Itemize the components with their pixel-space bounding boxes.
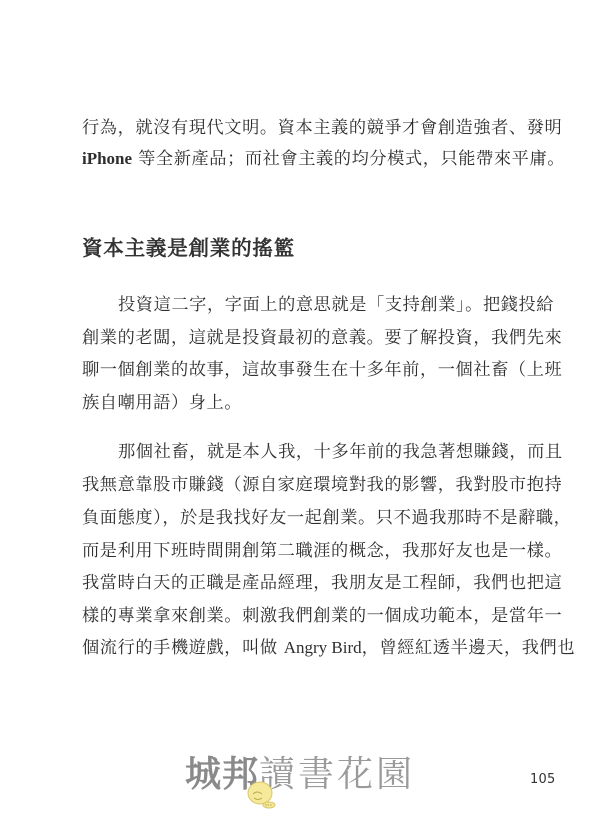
game-name-angry-bird: Angry Bird — [284, 638, 362, 657]
page-number: 105 — [530, 772, 555, 787]
paragraph-2-line-1: 投資這二字，字面上的意思就是「支持創業」。把錢投給 — [118, 294, 558, 316]
text-run: 個流行的手機遊戲，叫做 — [82, 638, 284, 658]
paragraph-2-line-2: 創業的老闆，這就是投資最初的意義。要了解投資，我們先來 — [82, 327, 522, 349]
chick-mascot-icon — [245, 778, 279, 812]
paragraph-3-line-1: 那個社畜，就是本人我，十多年前的我急著想賺錢，而且 — [118, 441, 558, 463]
watermark-brand-light: 讀書花園 — [259, 754, 415, 795]
paragraph-3-line-3: 負面態度），於是我找好友一起創業。只不過我那時不是辭職， — [82, 507, 522, 529]
paragraph-3-line-6: 樣的專業拿來創業。刺激我們創業的一個成功範本，是當年一 — [82, 605, 522, 627]
paragraph-2-line-4: 族自嘲用語）身上。 — [82, 392, 522, 414]
paragraph-3-line-2: 我無意靠股市賺錢（源自家庭環境對我的影響，我對股市抱持 — [82, 474, 522, 496]
paragraph-3-line-5: 我當時白天的正職是產品經理，我朋友是工程師，我們也把這 — [82, 572, 522, 594]
paragraph-3-line-4: 而是利用下班時間開創第二職涯的概念，我那好友也是一樣。 — [82, 540, 522, 562]
paragraph-3-line-7: 個流行的手機遊戲，叫做 Angry Bird，曾經紅透半邊天，我們也 — [82, 637, 522, 659]
paragraph-2-line-3: 聊一個創業的故事，這故事發生在十多年前，一個社畜（上班 — [82, 359, 522, 381]
paragraph-1-line-2: iPhone 等全新產品；而社會主義的均分模式，只能帶來平庸。 — [82, 148, 522, 170]
text-run: 等全新產品；而社會主義的均分模式，只能帶來平庸。 — [132, 149, 565, 169]
section-heading: 資本主義是創業的搖籃 — [82, 235, 295, 261]
paragraph-1-line-1: 行為，就沒有現代文明。資本主義的競爭才會創造強者、發明 — [82, 117, 522, 139]
text-run: 行為，就沒有現代文明。資本主義的競爭才會創造強者、發明 — [82, 118, 562, 138]
product-name-iphone: iPhone — [82, 149, 132, 168]
book-page: 行為，就沒有現代文明。資本主義的競爭才會創造強者、發明 iPhone 等全新產品… — [0, 0, 600, 822]
text-run: ，曾經紅透半邊天，我們也 — [362, 638, 575, 658]
publisher-watermark: 城邦讀書花園 — [185, 752, 415, 802]
